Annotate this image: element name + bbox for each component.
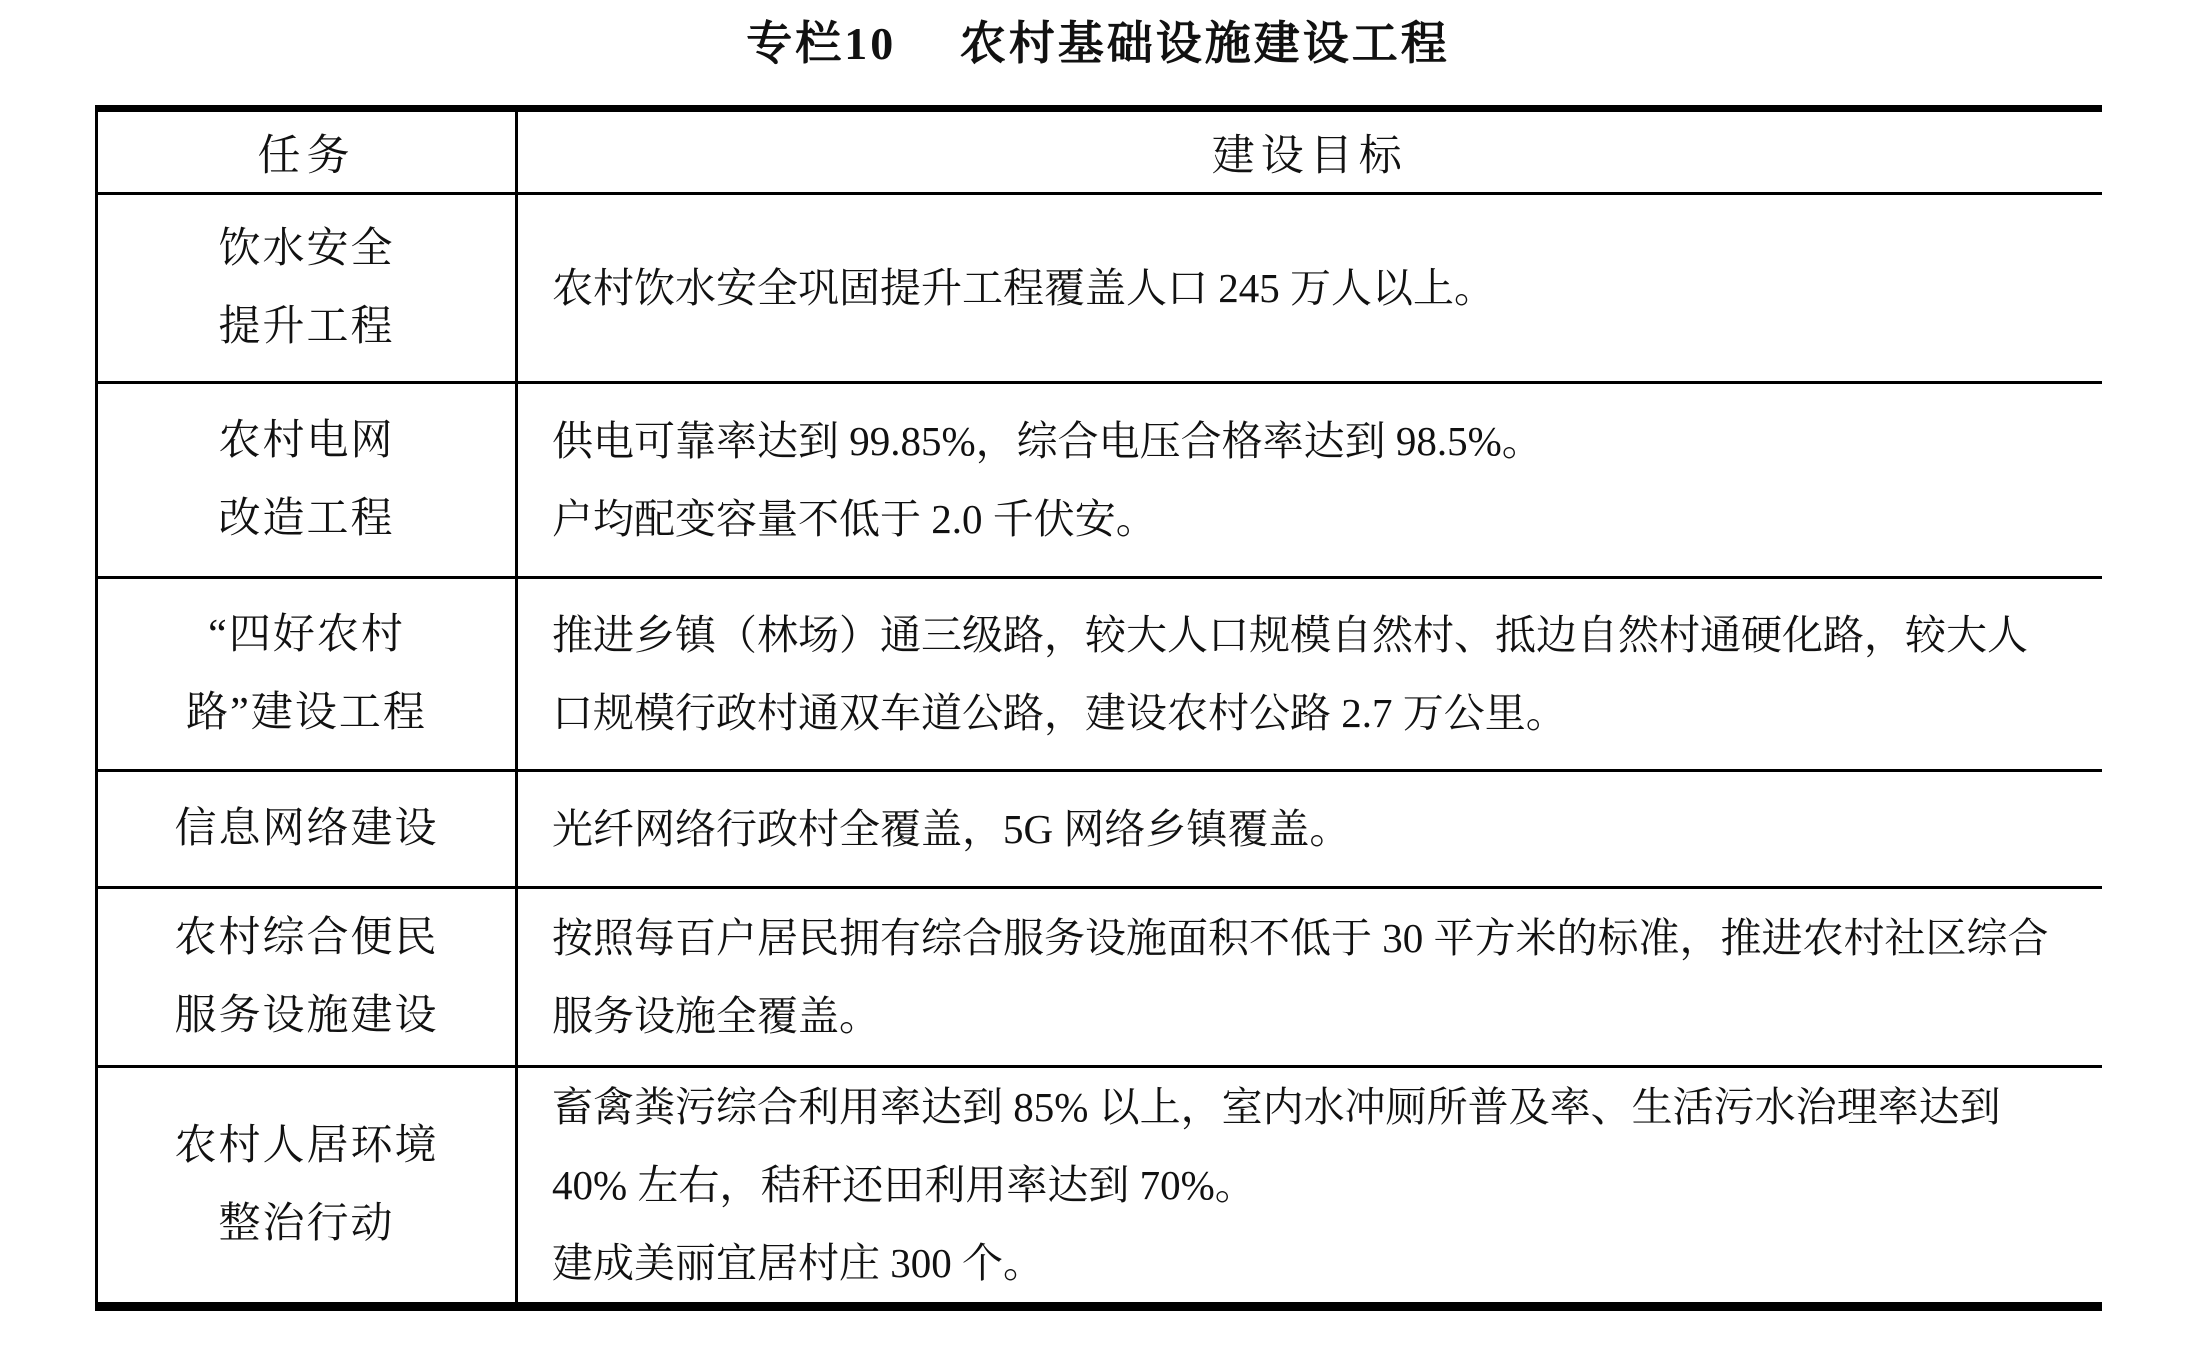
goal-paragraph: 户均配变容量不低于 2.0 千伏安。 bbox=[552, 480, 2066, 558]
task-line: 信息网络建设 bbox=[98, 790, 515, 868]
column-header-goal: 建设目标 bbox=[517, 109, 2102, 194]
task-cell: “四好农村路”建设工程 bbox=[97, 578, 517, 771]
infrastructure-table: 任务 建设目标 饮水安全提升工程农村饮水安全巩固提升工程覆盖人口 245 万人以… bbox=[95, 105, 2102, 1311]
goal-cell: 畜禽粪污综合利用率达到 85% 以上，室内水冲厕所普及率、生活污水治理率达到 4… bbox=[517, 1067, 2102, 1307]
goal-cell: 按照每百户居民拥有综合服务设施面积不低于 30 平方米的标准，推进农村社区综合服… bbox=[517, 888, 2102, 1067]
task-line: “四好农村 bbox=[98, 596, 515, 674]
goal-paragraph: 建成美丽宜居村庄 300 个。 bbox=[552, 1224, 2066, 1302]
goal-paragraph: 供电可靠率达到 99.85%，综合电压合格率达到 98.5%。 bbox=[552, 402, 2066, 480]
table-row: “四好农村路”建设工程推进乡镇（林场）通三级路，较大人口规模自然村、抵边自然村通… bbox=[97, 578, 2102, 771]
goal-cell: 农村饮水安全巩固提升工程覆盖人口 245 万人以上。 bbox=[517, 194, 2102, 383]
table-body: 饮水安全提升工程农村饮水安全巩固提升工程覆盖人口 245 万人以上。农村电网改造… bbox=[97, 194, 2102, 1307]
task-line: 改造工程 bbox=[98, 480, 515, 558]
task-line: 农村综合便民 bbox=[98, 899, 515, 977]
task-line: 提升工程 bbox=[98, 288, 515, 366]
task-line: 饮水安全 bbox=[98, 210, 515, 288]
goal-paragraph: 畜禽粪污综合利用率达到 85% 以上，室内水冲厕所普及率、生活污水治理率达到 4… bbox=[552, 1068, 2066, 1224]
document-page: 专栏10 农村基础设施建设工程 任务 建设目标 饮水安全提升工程农村饮水安全巩固… bbox=[0, 0, 2196, 1347]
task-cell: 信息网络建设 bbox=[97, 771, 517, 888]
task-line: 农村电网 bbox=[98, 402, 515, 480]
page-title: 专栏10 农村基础设施建设工程 bbox=[0, 16, 2196, 71]
goal-paragraph: 光纤网络行政村全覆盖，5G 网络乡镇覆盖。 bbox=[552, 790, 2066, 868]
column-header-task: 任务 bbox=[97, 109, 517, 194]
header-row: 任务 建设目标 bbox=[97, 109, 2102, 194]
goal-paragraph: 农村饮水安全巩固提升工程覆盖人口 245 万人以上。 bbox=[552, 249, 2066, 327]
table-row: 农村人居环境整治行动畜禽粪污综合利用率达到 85% 以上，室内水冲厕所普及率、生… bbox=[97, 1067, 2102, 1307]
task-line: 整治行动 bbox=[98, 1185, 515, 1263]
goal-cell: 推进乡镇（林场）通三级路，较大人口规模自然村、抵边自然村通硬化路，较大人口规模行… bbox=[517, 578, 2102, 771]
task-line: 农村人居环境 bbox=[98, 1107, 515, 1185]
table-header: 任务 建设目标 bbox=[97, 109, 2102, 194]
table-row: 饮水安全提升工程农村饮水安全巩固提升工程覆盖人口 245 万人以上。 bbox=[97, 194, 2102, 383]
task-line: 路”建设工程 bbox=[98, 674, 515, 752]
goal-paragraph: 推进乡镇（林场）通三级路，较大人口规模自然村、抵边自然村通硬化路，较大人口规模行… bbox=[552, 596, 2066, 752]
task-cell: 农村综合便民服务设施建设 bbox=[97, 888, 517, 1067]
task-cell: 农村电网改造工程 bbox=[97, 383, 517, 578]
goal-cell: 光纤网络行政村全覆盖，5G 网络乡镇覆盖。 bbox=[517, 771, 2102, 888]
table-row: 农村综合便民服务设施建设按照每百户居民拥有综合服务设施面积不低于 30 平方米的… bbox=[97, 888, 2102, 1067]
task-line: 服务设施建设 bbox=[98, 977, 515, 1055]
task-cell: 农村人居环境整治行动 bbox=[97, 1067, 517, 1307]
table-row: 农村电网改造工程供电可靠率达到 99.85%，综合电压合格率达到 98.5%。户… bbox=[97, 383, 2102, 578]
task-cell: 饮水安全提升工程 bbox=[97, 194, 517, 383]
goal-paragraph: 按照每百户居民拥有综合服务设施面积不低于 30 平方米的标准，推进农村社区综合服… bbox=[552, 899, 2066, 1055]
goal-cell: 供电可靠率达到 99.85%，综合电压合格率达到 98.5%。户均配变容量不低于… bbox=[517, 383, 2102, 578]
table-row: 信息网络建设光纤网络行政村全覆盖，5G 网络乡镇覆盖。 bbox=[97, 771, 2102, 888]
